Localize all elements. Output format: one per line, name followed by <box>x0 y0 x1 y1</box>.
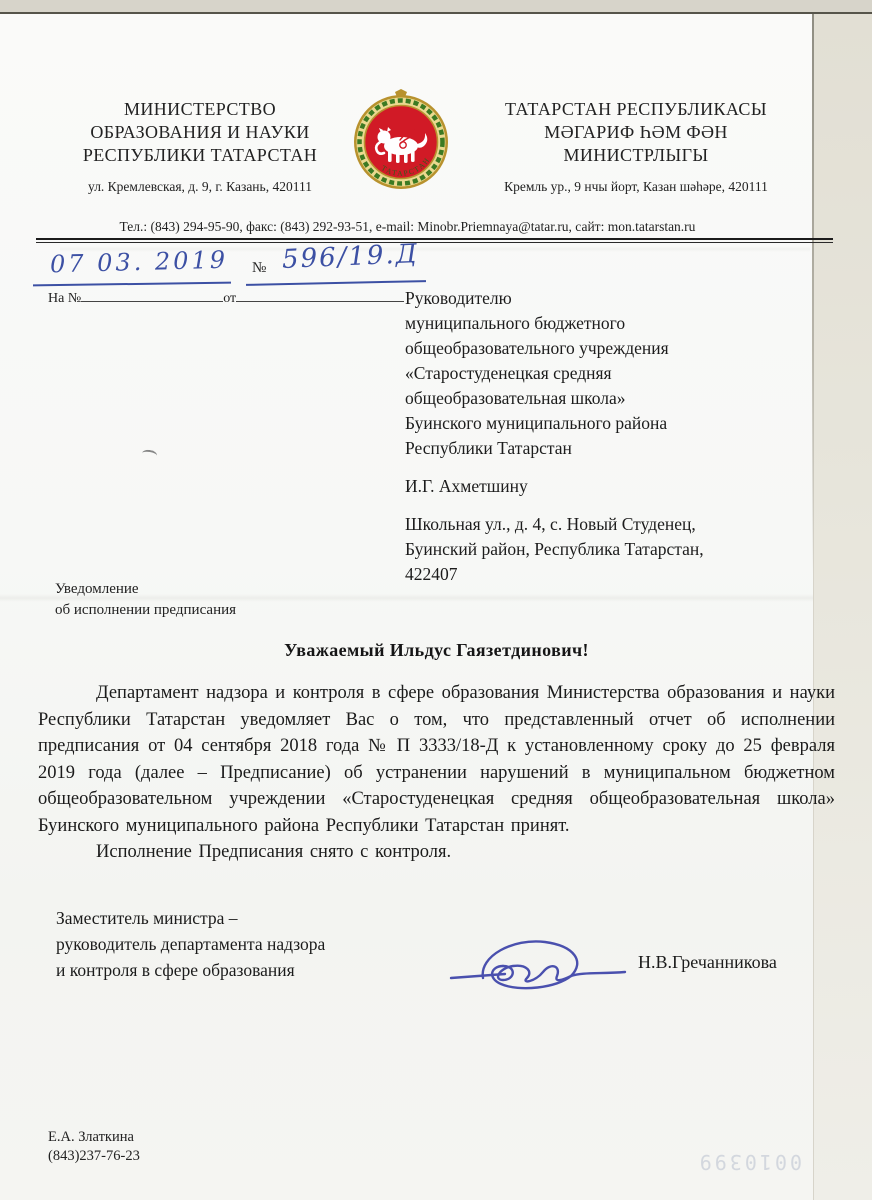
ministry-name-line: РЕСПУБЛИКИ ТАТАРСТАН <box>40 144 360 167</box>
tatarstan-coat-of-arms-icon: ТАТАРСТАН <box>351 88 451 192</box>
salutation: Уважаемый Ильдус Гаязетдинович! <box>38 640 835 661</box>
body-paragraph: Исполнение Предписания снято с контроля. <box>38 839 835 866</box>
reply-number-blank <box>81 288 223 302</box>
reply-from-label: от <box>223 291 236 306</box>
reply-prefix: На № <box>48 291 81 306</box>
ministry-address: Кремль ур., 9 нчы йорт, Казан шәһәре, 42… <box>452 178 820 195</box>
signer-title-line: руководитель департамента надзора <box>56 931 325 957</box>
handwritten-number: 596/19.Д <box>281 239 419 275</box>
handwritten-date: 07 03. 2019 <box>50 246 229 279</box>
subject-block: Уведомление об исполнении предписания <box>55 579 236 621</box>
recipient-address: Школьная ул., д. 4, с. Новый Студенец, Б… <box>405 512 825 587</box>
recipient-person: И.Г. Ахметшину <box>405 474 825 499</box>
recipient-line: «Старостуденецкая средняя <box>405 361 825 386</box>
subject-line: Уведомление <box>55 579 236 600</box>
number-sign: № <box>252 260 266 277</box>
letterhead-divider-rule <box>36 238 833 243</box>
recipient-line: Руководителю <box>405 286 825 311</box>
letterhead-russian: МИНИСТЕРСТВО ОБРАЗОВАНИЯ И НАУКИ РЕСПУБЛ… <box>40 98 360 195</box>
body-paragraph: Департамент надзора и контроля в сфере о… <box>38 680 835 839</box>
scan-edge-line <box>0 12 872 14</box>
handwritten-signature <box>443 922 633 1012</box>
subject-line: об исполнении предписания <box>55 600 236 621</box>
signer-title-line: Заместитель министра – <box>56 905 325 931</box>
ministry-name-line: МИНИСТРЛЫГЫ <box>452 144 820 167</box>
recipient-block: Руководителю муниципального бюджетного о… <box>405 286 825 587</box>
executor-block: Е.А. Златкина (843)237-76-23 <box>48 1128 140 1166</box>
ministry-name-line: МИНИСТЕРСТВО <box>40 98 360 121</box>
recipient-line: общеобразовательная школа» <box>405 386 825 411</box>
ministry-name-line: ТАТАРСТАН РЕСПУБЛИКАСЫ <box>452 98 820 121</box>
recipient-line: Республики Татарстан <box>405 436 825 461</box>
recipient-address-line: Школьная ул., д. 4, с. Новый Студенец, <box>405 512 825 537</box>
scanned-letter-page: { "letterhead": { "left": { "line1": "МИ… <box>0 0 872 1200</box>
letterhead-tatar: ТАТАРСТАН РЕСПУБЛИКАСЫ МӘГАРИФ ҺӘМ ФӘН М… <box>452 98 820 195</box>
executor-phone: (843)237-76-23 <box>48 1147 140 1166</box>
scanner-background <box>814 14 872 1200</box>
ministry-name-line: ОБРАЗОВАНИЯ И НАУКИ <box>40 121 360 144</box>
bleed-through-number: 0010399 <box>642 1150 802 1174</box>
reply-reference-line: На №от <box>48 288 404 307</box>
ministry-name-line: МӘГАРИФ ҺӘМ ФӘН <box>452 121 820 144</box>
letter-body: Департамент надзора и контроля в сфере о… <box>38 680 835 866</box>
recipient-address-line: 422407 <box>405 562 825 587</box>
recipient-line: Буинского муниципального района <box>405 411 825 436</box>
recipient-line: общеобразовательного учреждения <box>405 336 825 361</box>
signer-title-block: Заместитель министра – руководитель депа… <box>56 905 325 983</box>
signer-title-line: и контроля в сфере образования <box>56 957 325 983</box>
signer-name: Н.В.Гречанникова <box>638 952 777 973</box>
contact-info-line: Тел.: (843) 294-95-90, факс: (843) 292-9… <box>0 219 815 235</box>
reply-date-blank <box>236 288 404 302</box>
recipient-line: муниципального бюджетного <box>405 311 825 336</box>
executor-name: Е.А. Златкина <box>48 1128 140 1147</box>
ministry-address: ул. Кремлевская, д. 9, г. Казань, 420111 <box>40 178 360 195</box>
recipient-address-line: Буинский район, Республика Татарстан, <box>405 537 825 562</box>
